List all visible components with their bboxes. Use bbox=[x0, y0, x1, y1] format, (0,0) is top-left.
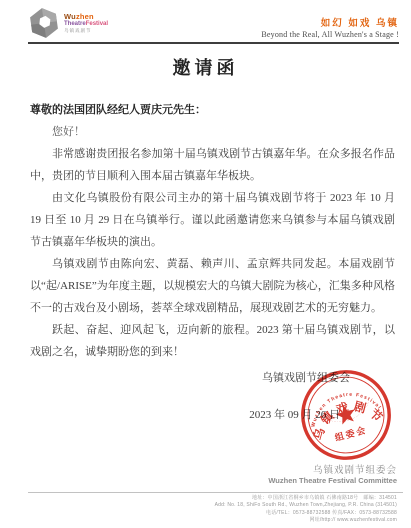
footer-organization: 乌镇戏剧节组委会 Wuzhen Theatre Festival Committ… bbox=[268, 465, 397, 485]
paragraph-4: 跃起、奋起、迎风起飞，迈向新的旅程。2023 第十届乌镇戏剧节，以戏剧之名，诚挚… bbox=[30, 319, 395, 363]
footer-address-cn: 地址：中国浙江省桐乡市乌镇镇 石佛南路18号 邮编：314501 bbox=[215, 495, 397, 502]
stamp-center-label: 组委会 bbox=[334, 424, 369, 443]
hexagon-nut-logo-icon bbox=[28, 7, 60, 39]
slogan-chinese: 如幻 如戏 乌镇 bbox=[261, 18, 399, 30]
wuzhen-festival-logo: Wuzhen TheatreFestival 乌镇戏剧节 bbox=[28, 7, 108, 39]
paragraph-1: 非常感谢贵团报名参加第十届乌镇戏剧节古镇嘉年华。在众多报名作品中，贵团的节目顺利… bbox=[30, 143, 395, 187]
salutation: 尊敬的法国团队经纪人贾庆元先生： bbox=[30, 99, 395, 121]
paragraph-2: 由文化乌镇股份有限公司主办的第十届乌镇戏剧节将于 2023 年 10 月 19 … bbox=[30, 187, 395, 253]
footer-address-en: Add: No. 18, ShiFo South Rd., Wuzhen Tow… bbox=[215, 502, 397, 509]
footer-org-english: Wuzhen Theatre Festival Committee bbox=[268, 476, 397, 485]
signature-org: 乌镇戏剧节组委会 bbox=[30, 367, 395, 389]
greeting: 您好！ bbox=[30, 121, 395, 143]
footer-org-chinese: 乌镇戏剧节组委会 bbox=[268, 465, 397, 476]
footer-divider bbox=[28, 492, 403, 493]
letter-title: 邀请函 bbox=[0, 54, 411, 80]
logo-wordmark: Wuzhen TheatreFestival 乌镇戏剧节 bbox=[64, 13, 108, 34]
slogan-english: Beyond the Real, All Wuzhen's a Stage ! bbox=[261, 30, 399, 40]
letter-body: 尊敬的法国团队经纪人贾庆元先生： 您好！ 非常感谢贵团报名参加第十届乌镇戏剧节古… bbox=[30, 99, 395, 426]
logo-line-wuzhen: Wuzhen bbox=[64, 13, 108, 21]
paragraph-3: 乌镇戏剧节由陈向宏、黄磊、赖声川、孟京辉共同发起。本届戏剧节以“起/ARISE”… bbox=[30, 253, 395, 319]
footer-contact-block: 地址：中国浙江省桐乡市乌镇镇 石佛南路18号 邮编：314501 Add: No… bbox=[215, 495, 397, 525]
header-slogan: 如幻 如戏 乌镇 Beyond the Real, All Wuzhen's a… bbox=[261, 18, 399, 40]
logo-line-cn: 乌镇戏剧节 bbox=[64, 29, 108, 34]
letterhead: Wuzhen TheatreFestival 乌镇戏剧节 如幻 如戏 乌镇 Be… bbox=[28, 8, 399, 44]
invitation-letter-page: Wuzhen TheatreFestival 乌镇戏剧节 如幻 如戏 乌镇 Be… bbox=[0, 0, 411, 528]
signature-date: 2023 年 09 月 26 日 bbox=[30, 404, 395, 426]
logo-line-theatrefestival: TheatreFestival bbox=[64, 21, 108, 27]
footer-website: 网址/http:// www.wuzhenfestival.com bbox=[215, 517, 397, 524]
